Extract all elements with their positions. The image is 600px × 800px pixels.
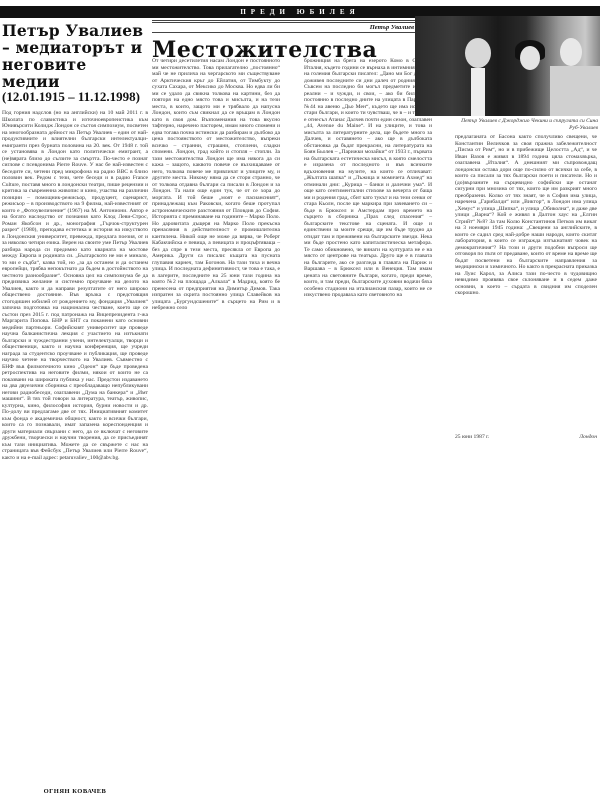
article-date: 25 юни 1987 г. — [455, 434, 489, 440]
right-article-column-2: брожниция на брега на езерото Комо в Сев… — [304, 58, 432, 299]
article-place: Лондон — [579, 434, 597, 440]
column-2-text: брожниция на брега на езерото Комо в Сев… — [304, 58, 432, 299]
left-article-dates: (12.01.1915 – 11.12.1998) — [2, 90, 148, 104]
person-2-face — [520, 46, 540, 70]
single-rule — [152, 32, 416, 33]
person-3-face — [560, 38, 582, 66]
person-1-face — [465, 38, 491, 68]
right-article-column-3: предлаганата от Басона както сполучливо … — [455, 134, 597, 297]
right-article-column-1: От четири десетилетия насам Лондон е пос… — [152, 58, 280, 312]
column-1-text: От четири десетилетия насам Лондон е пос… — [152, 58, 280, 312]
person-3-coat — [550, 66, 600, 116]
right-article-byline: Петър Увалиев — [152, 24, 414, 31]
article-dateline: 25 юни 1987 г. Лондон — [455, 434, 597, 440]
left-article: Петър Увалиев – медиаторът и неговите ме… — [2, 22, 148, 461]
double-rule — [152, 20, 416, 23]
photo-caption: Петър Увалиев с Джорджио Чекини и съпруг… — [455, 118, 598, 131]
column-3-text: предлаганата от Басона както сполучливо … — [455, 134, 597, 297]
left-article-title: Петър Увалиев – медиаторът и неговите ме… — [2, 22, 148, 90]
left-article-body: Под горния надслов (но на английски) на … — [2, 110, 148, 461]
photo-three-people — [415, 16, 600, 116]
person-1-shirt — [471, 68, 485, 116]
left-article-author: ОГНЯН КОВАЧЕВ — [0, 788, 150, 795]
